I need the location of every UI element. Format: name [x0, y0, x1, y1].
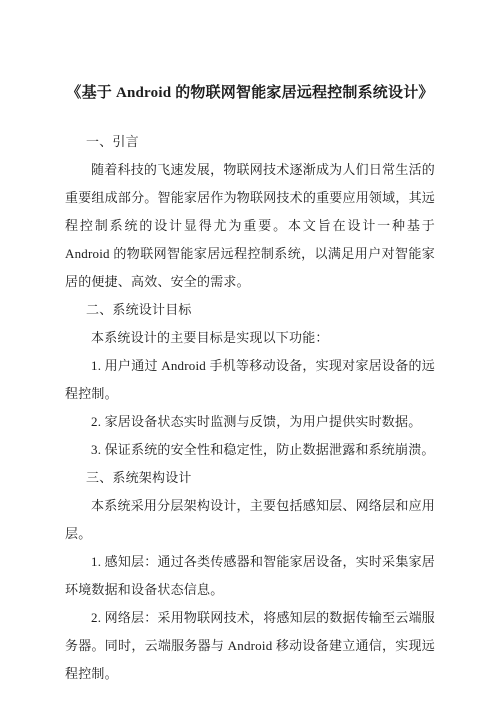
section-heading: 二、系统设计目标: [65, 296, 435, 324]
paragraph: 3. 保证系统的安全性和稳定性，防止数据泄露和系统崩溃。: [65, 436, 435, 464]
document-title: 《基于 Android 的物联网智能家居远程控制系统设计》: [55, 78, 445, 108]
section-heading: 一、引言: [65, 128, 435, 156]
document-page: 《基于 Android 的物联网智能家居远程控制系统设计》 一、引言随着科技的飞…: [0, 0, 500, 707]
document-body: 一、引言随着科技的飞速发展，物联网技术逐渐成为人们日常生活的重要组成部分。智能家…: [65, 128, 435, 688]
paragraph: 1. 感知层：通过各类传感器和智能家居设备，实时采集家居环境数据和设备状态信息。: [65, 548, 435, 604]
paragraph: 本系统设计的主要目标是实现以下功能：: [65, 324, 435, 352]
paragraph: 本系统采用分层架构设计，主要包括感知层、网络层和应用层。: [65, 492, 435, 548]
section-heading: 三、系统架构设计: [65, 464, 435, 492]
paragraph: 1. 用户通过 Android 手机等移动设备，实现对家居设备的远程控制。: [65, 352, 435, 408]
paragraph: 2. 网络层：采用物联网技术，将感知层的数据传输至云端服务器。同时，云端服务器与…: [65, 604, 435, 688]
paragraph: 随着科技的飞速发展，物联网技术逐渐成为人们日常生活的重要组成部分。智能家居作为物…: [65, 156, 435, 296]
paragraph: 2. 家居设备状态实时监测与反馈，为用户提供实时数据。: [65, 408, 435, 436]
